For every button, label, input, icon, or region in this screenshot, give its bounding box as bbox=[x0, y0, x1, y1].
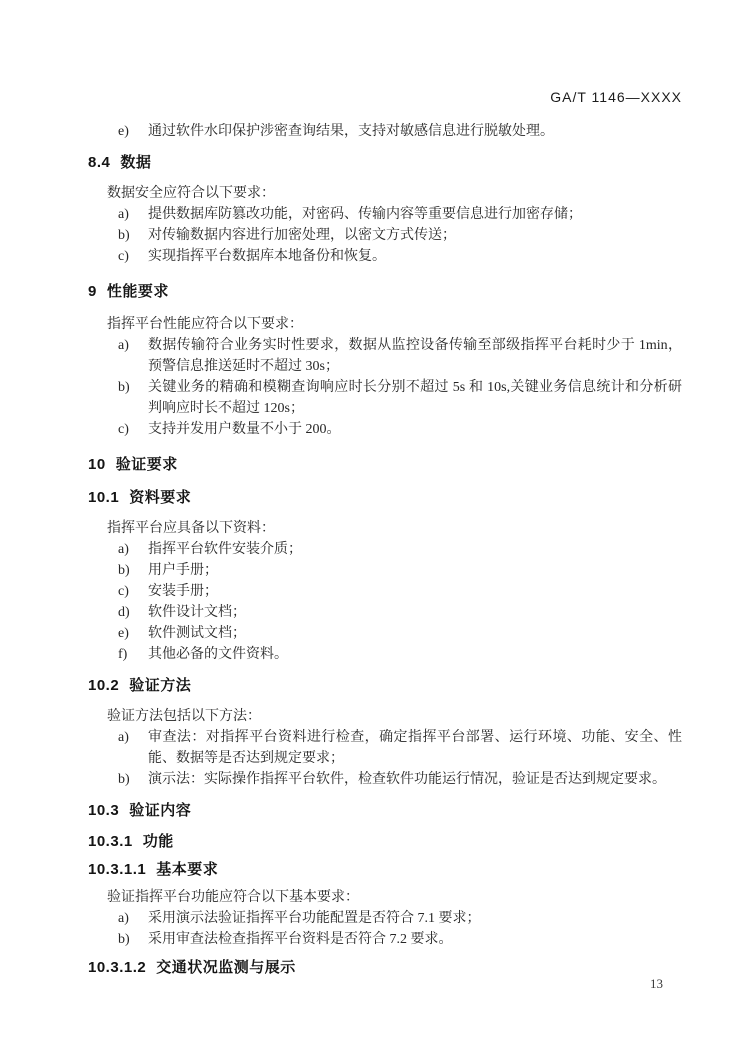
list-item-text: 软件设计文档； bbox=[148, 602, 682, 623]
heading-10-3-1-1: 10.3.1.1基本要求 bbox=[88, 859, 682, 880]
paragraph-intro-10-3-1-1: 验证指挥平台功能应符合以下基本要求： bbox=[107, 887, 682, 908]
section-number: 10.2 bbox=[88, 677, 119, 694]
list-item-label: b) bbox=[118, 929, 148, 950]
list-item-text: 对传输数据内容进行加密处理，以密文方式传送； bbox=[148, 225, 682, 246]
section-title: 基本要求 bbox=[156, 861, 218, 878]
list-item-10-1-b: b) 用户手册； bbox=[118, 560, 682, 581]
page-number: 13 bbox=[650, 977, 663, 991]
heading-10-2: 10.2验证方法 bbox=[88, 675, 682, 696]
list-item-10-1-a: a) 指挥平台软件安装介质； bbox=[118, 539, 682, 560]
section-title: 性能要求 bbox=[107, 283, 169, 300]
list-item-8-4-b: b) 对传输数据内容进行加密处理，以密文方式传送； bbox=[118, 225, 682, 246]
list-item-10-1-e: e) 软件测试文档； bbox=[118, 623, 682, 644]
section-number: 8.4 bbox=[88, 154, 110, 171]
list-item-label: f) bbox=[118, 644, 148, 665]
list-item-label: a) bbox=[118, 727, 148, 769]
list-item-9-c: c) 支持并发用户数量不小于 200。 bbox=[118, 419, 682, 440]
heading-10: 10验证要求 bbox=[88, 454, 682, 475]
heading-9: 9性能要求 bbox=[88, 281, 682, 302]
heading-8-4: 8.4数据 bbox=[88, 152, 682, 173]
section-number: 10.3.1.1 bbox=[88, 861, 146, 878]
list-item-text: 指挥平台软件安装介质； bbox=[148, 539, 682, 560]
section-number: 10.3 bbox=[88, 802, 119, 819]
list-item-label: a) bbox=[118, 335, 148, 377]
section-title: 交通状况监测与展示 bbox=[156, 959, 296, 976]
list-item-10-3-1-1-a: a) 采用演示法验证指挥平台功能配置是否符合 7.1 要求； bbox=[118, 908, 682, 929]
section-title: 验证内容 bbox=[129, 802, 191, 819]
paragraph-intro-10-2: 验证方法包括以下方法： bbox=[107, 706, 682, 727]
section-title: 资料要求 bbox=[129, 489, 191, 506]
list-item-text: 审查法：对指挥平台资料进行检查，确定指挥平台部署、运行环境、功能、安全、性能、数… bbox=[148, 727, 682, 769]
heading-10-3: 10.3验证内容 bbox=[88, 800, 682, 821]
list-item-label: e) bbox=[118, 121, 148, 142]
heading-10-1: 10.1资料要求 bbox=[88, 487, 682, 508]
list-item-label: d) bbox=[118, 602, 148, 623]
list-item-8-4-a: a) 提供数据库防篡改功能，对密码、传输内容等重要信息进行加密存储； bbox=[118, 204, 682, 225]
paragraph-intro-10-1: 指挥平台应具备以下资料： bbox=[107, 518, 682, 539]
list-item-label: e) bbox=[118, 623, 148, 644]
paragraph-intro-9: 指挥平台性能应符合以下要求： bbox=[107, 314, 682, 335]
list-item-label: b) bbox=[118, 225, 148, 246]
doc-code-header: GA/T 1146—XXXX bbox=[88, 90, 682, 104]
section-number: 10.3.1.2 bbox=[88, 959, 146, 976]
heading-10-3-1: 10.3.1功能 bbox=[88, 831, 682, 852]
list-item-text: 采用演示法验证指挥平台功能配置是否符合 7.1 要求； bbox=[148, 908, 682, 929]
list-item-label: c) bbox=[118, 246, 148, 267]
list-item-10-1-c: c) 安装手册； bbox=[118, 581, 682, 602]
list-item-10-3-1-1-b: b) 采用审查法检查指挥平台资料是否符合 7.2 要求。 bbox=[118, 929, 682, 950]
list-item-text: 数据传输符合业务实时性要求，数据从监控设备传输至部级指挥平台耗时少于 1min，… bbox=[148, 335, 682, 377]
list-item-text: 支持并发用户数量不小于 200。 bbox=[148, 419, 682, 440]
section-title: 数据 bbox=[120, 154, 151, 171]
list-item-text: 提供数据库防篡改功能，对密码、传输内容等重要信息进行加密存储； bbox=[148, 204, 682, 225]
list-item-text: 采用审查法检查指挥平台资料是否符合 7.2 要求。 bbox=[148, 929, 682, 950]
list-item-10-1-f: f) 其他必备的文件资料。 bbox=[118, 644, 682, 665]
list-item-e-top: e) 通过软件水印保护涉密查询结果，支持对敏感信息进行脱敏处理。 bbox=[118, 121, 682, 142]
list-item-9-a: a) 数据传输符合业务实时性要求，数据从监控设备传输至部级指挥平台耗时少于 1m… bbox=[118, 335, 682, 377]
heading-10-3-1-2: 10.3.1.2交通状况监测与展示 bbox=[88, 957, 682, 978]
list-item-8-4-c: c) 实现指挥平台数据库本地备份和恢复。 bbox=[118, 246, 682, 267]
list-item-label: b) bbox=[118, 769, 148, 790]
section-number: 9 bbox=[88, 283, 97, 300]
list-item-text: 通过软件水印保护涉密查询结果，支持对敏感信息进行脱敏处理。 bbox=[148, 121, 682, 142]
list-item-10-2-b: b) 演示法：实际操作指挥平台软件，检查软件功能运行情况，验证是否达到规定要求。 bbox=[118, 769, 682, 790]
list-item-text: 实现指挥平台数据库本地备份和恢复。 bbox=[148, 246, 682, 267]
section-title: 验证要求 bbox=[116, 456, 178, 473]
list-item-text: 软件测试文档； bbox=[148, 623, 682, 644]
section-number: 10.3.1 bbox=[88, 833, 133, 850]
document-page: GA/T 1146—XXXX e) 通过软件水印保护涉密查询结果，支持对敏感信息… bbox=[0, 0, 750, 1060]
section-number: 10 bbox=[88, 456, 106, 473]
list-item-10-2-a: a) 审查法：对指挥平台资料进行检查，确定指挥平台部署、运行环境、功能、安全、性… bbox=[118, 727, 682, 769]
list-item-text: 用户手册； bbox=[148, 560, 682, 581]
paragraph-intro-8-4: 数据安全应符合以下要求： bbox=[107, 183, 682, 204]
list-item-label: b) bbox=[118, 377, 148, 419]
section-number: 10.1 bbox=[88, 489, 119, 506]
list-item-label: b) bbox=[118, 560, 148, 581]
list-item-text: 关键业务的精确和模糊查询响应时长分别不超过 5s 和 10s,关键业务信息统计和… bbox=[148, 377, 682, 419]
section-title: 功能 bbox=[143, 833, 174, 850]
list-item-label: a) bbox=[118, 908, 148, 929]
list-item-label: c) bbox=[118, 581, 148, 602]
list-item-10-1-d: d) 软件设计文档； bbox=[118, 602, 682, 623]
section-title: 验证方法 bbox=[129, 677, 191, 694]
list-item-text: 其他必备的文件资料。 bbox=[148, 644, 682, 665]
list-item-label: c) bbox=[118, 419, 148, 440]
list-item-label: a) bbox=[118, 204, 148, 225]
list-item-text: 安装手册； bbox=[148, 581, 682, 602]
list-item-text: 演示法：实际操作指挥平台软件，检查软件功能运行情况，验证是否达到规定要求。 bbox=[148, 769, 682, 790]
page-content: GA/T 1146—XXXX e) 通过软件水印保护涉密查询结果，支持对敏感信息… bbox=[0, 0, 750, 978]
list-item-label: a) bbox=[118, 539, 148, 560]
list-item-9-b: b) 关键业务的精确和模糊查询响应时长分别不超过 5s 和 10s,关键业务信息… bbox=[118, 377, 682, 419]
